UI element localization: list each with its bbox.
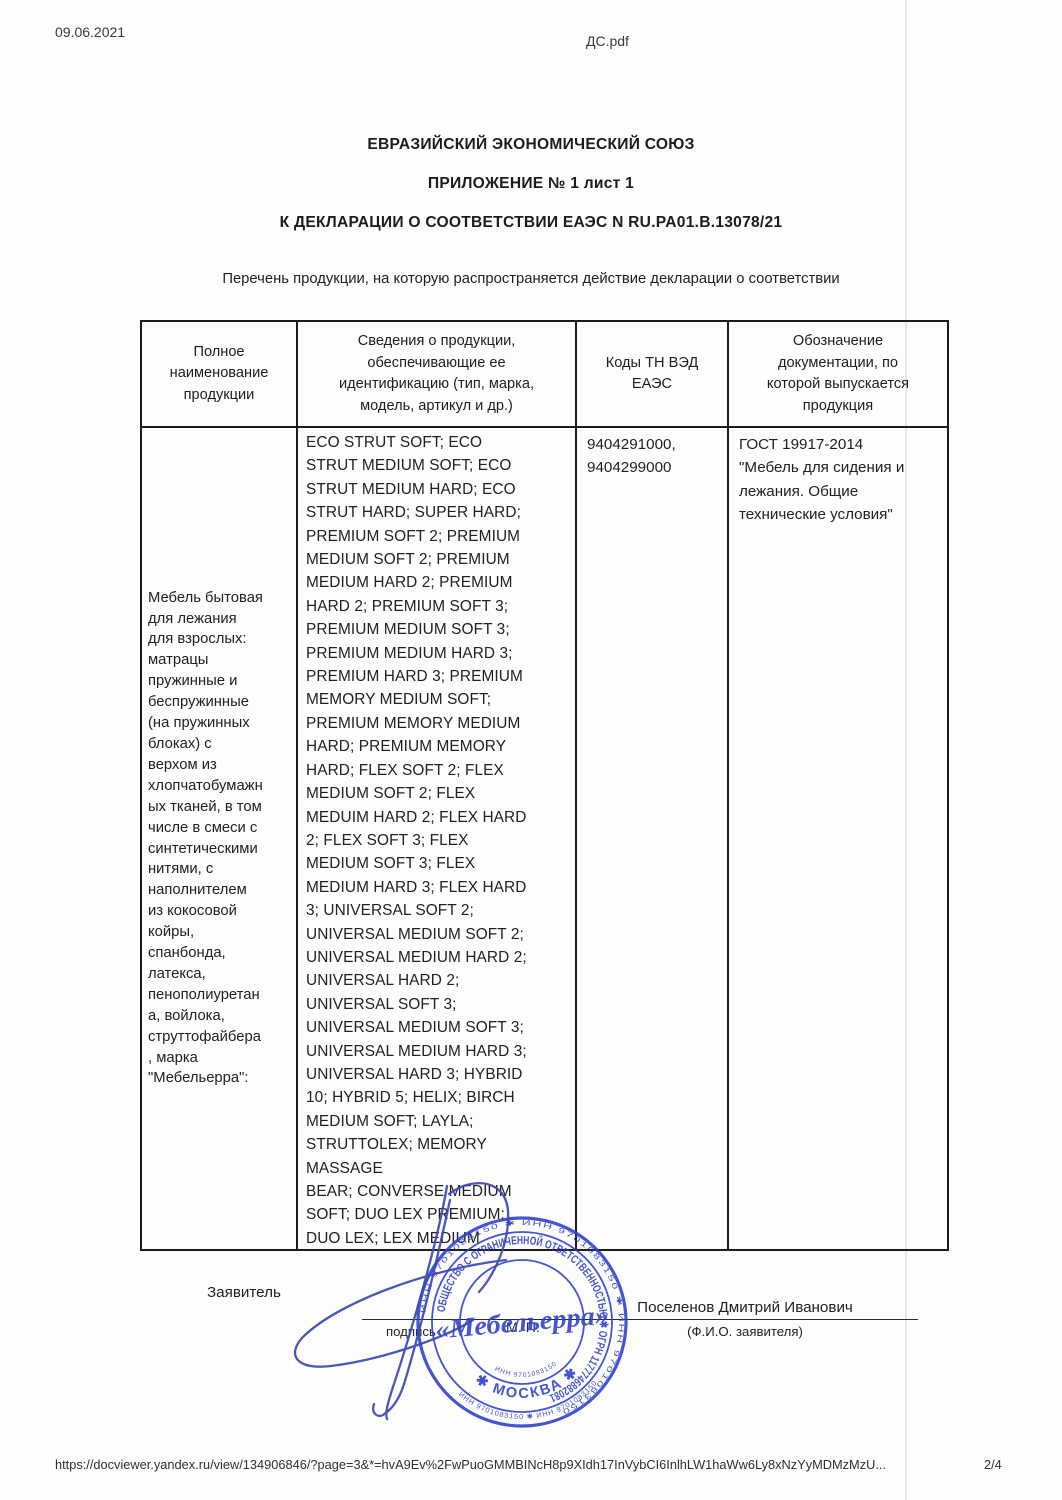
- declaration-number-line: К ДЕКЛАРАЦИИ О СООТВЕТСТВИИ ЕАЭС N RU.PA…: [60, 214, 1002, 232]
- col-header-product-name: Полное наименование продукции: [142, 322, 298, 428]
- signature-stroke-loop: [295, 1260, 506, 1367]
- viewer-file-title: ДС.pdf: [586, 33, 629, 49]
- cell-identification: ECO STRUT SOFT; ECO STRUT MEDIUM SOFT; E…: [298, 428, 577, 1249]
- col-header-documentation: Обозначение документации, по которой вып…: [729, 322, 947, 428]
- cell-tn-ved-codes: 9404291000, 9404299000: [577, 428, 729, 1249]
- document-subtitle: ПРИЛОЖЕНИЕ № 1 лист 1: [60, 175, 1002, 193]
- handwritten-signature: [270, 1155, 590, 1445]
- document-intro: Перечень продукции, на которую распростр…: [60, 271, 1002, 287]
- signature-stroke-upper-loop: [449, 1183, 508, 1292]
- col-header-identification: Сведения о продукции, обеспечивающие ее …: [298, 322, 577, 428]
- cell-documentation: ГОСТ 19917-2014 "Мебель для сидения и ле…: [729, 428, 947, 1249]
- cell-product-name: Мебель бытовая для лежания для взрослых:…: [142, 428, 298, 1249]
- col-header-tn-ved-codes: Коды ТН ВЭД ЕАЭС: [577, 322, 729, 428]
- document-title: ЕВРАЗИЙСКИЙ ЭКОНОМИЧЕСКИЙ СОЮЗ: [60, 136, 1002, 154]
- products-table: Полное наименование продукции Сведения о…: [140, 320, 949, 1251]
- signature-stroke-long: [386, 1186, 447, 1419]
- viewer-page-indicator: 2/4: [984, 1457, 1002, 1472]
- scanned-declaration-page: 09.06.2021 ДС.pdf ЕВРАЗИЙСКИЙ ЭКОНОМИЧЕС…: [0, 0, 1062, 1500]
- viewer-print-date: 09.06.2021: [55, 24, 125, 40]
